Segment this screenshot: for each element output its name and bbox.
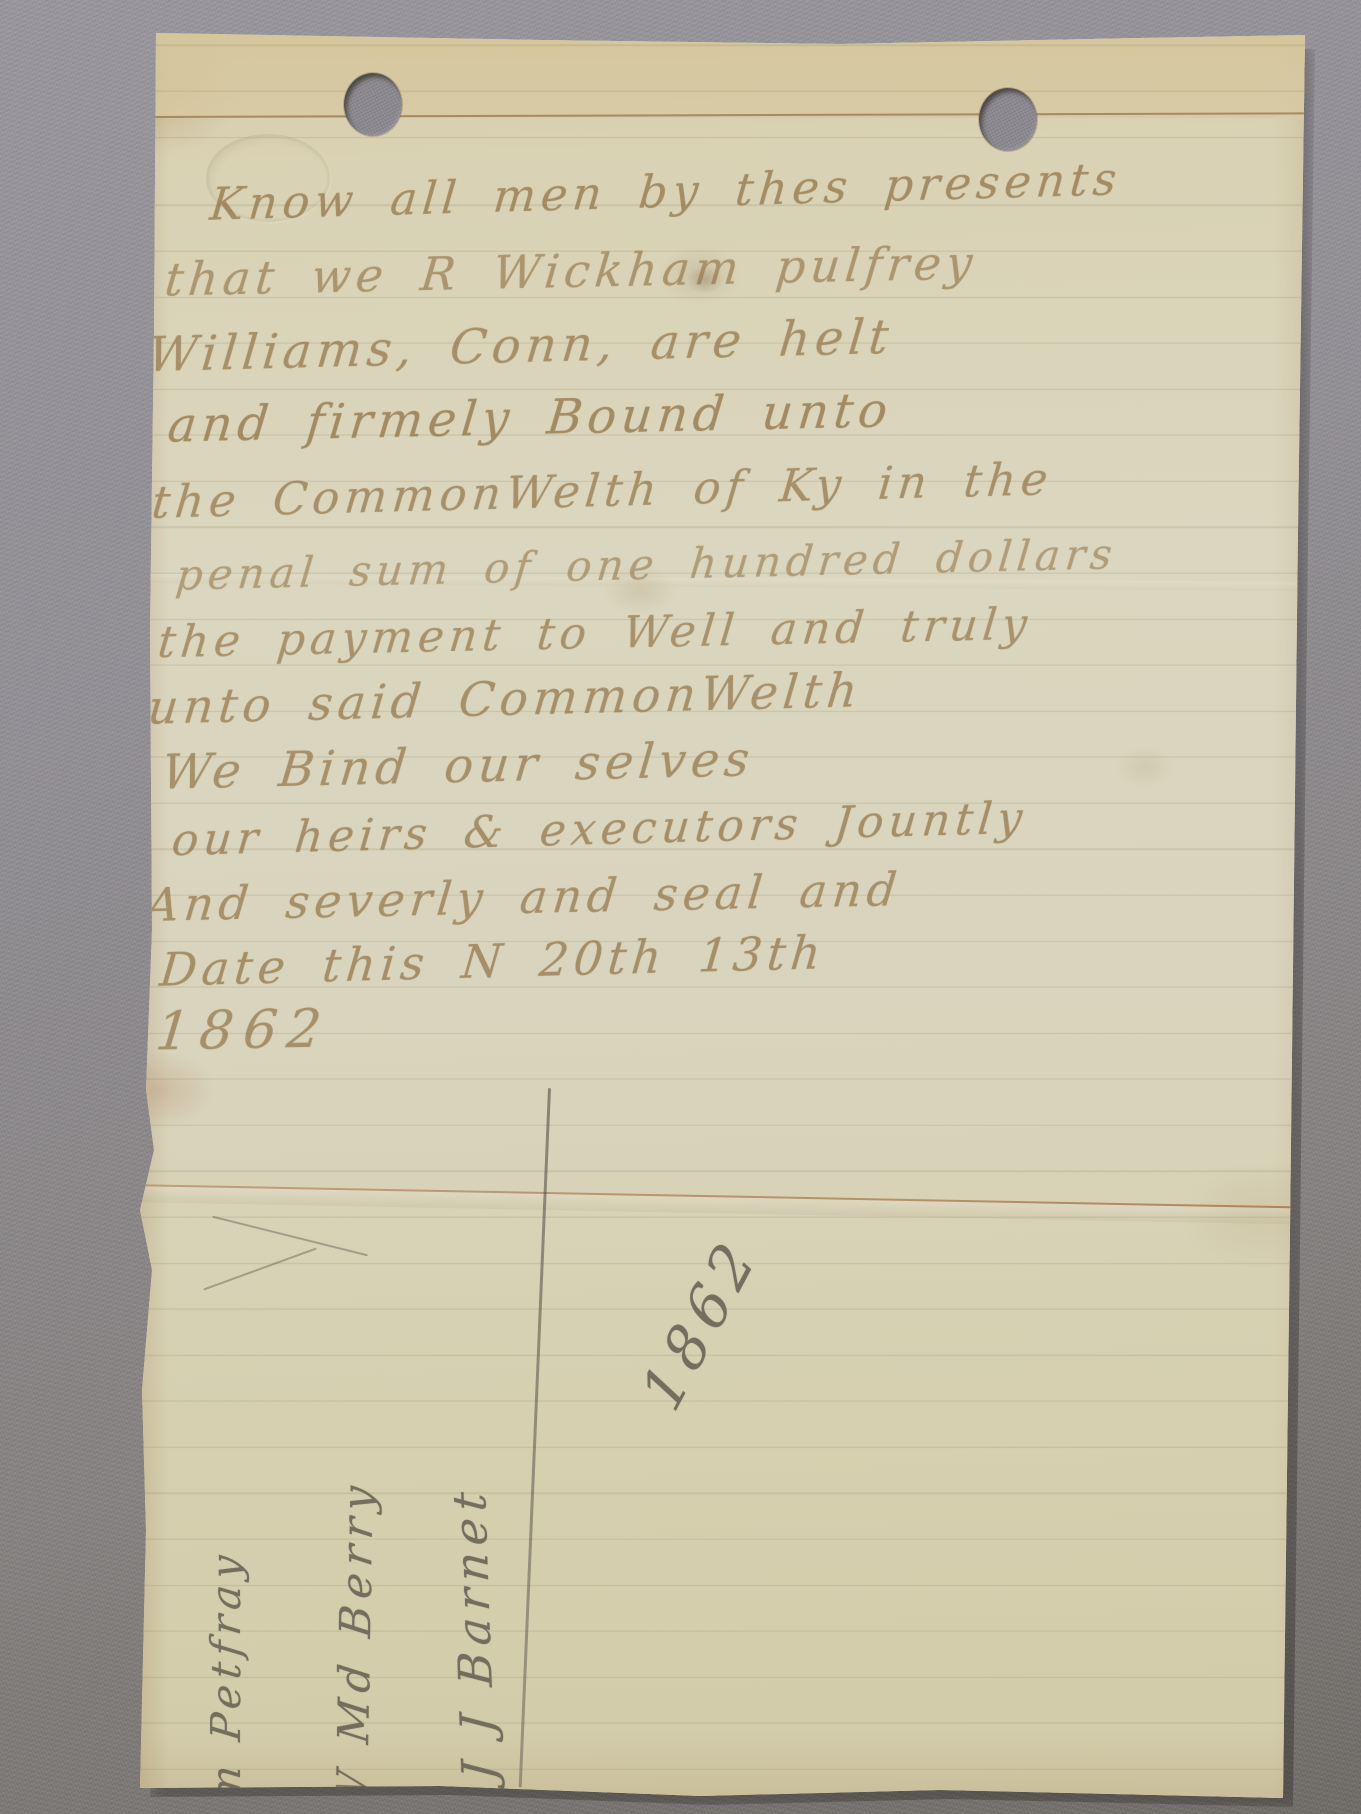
pencil-signature-1: m Petfray [202,1372,250,1807]
paper-sheet: Know all men by thes presents that we R … [140,30,1307,1800]
punch-hole-left [344,73,402,136]
punch-hole-right [979,88,1037,151]
pencil-signature-2: W Md Berry [328,1292,387,1814]
photo-background: Know all men by thes presents that we R … [0,0,1361,1814]
ink-line-13: 1862 [153,998,334,1062]
